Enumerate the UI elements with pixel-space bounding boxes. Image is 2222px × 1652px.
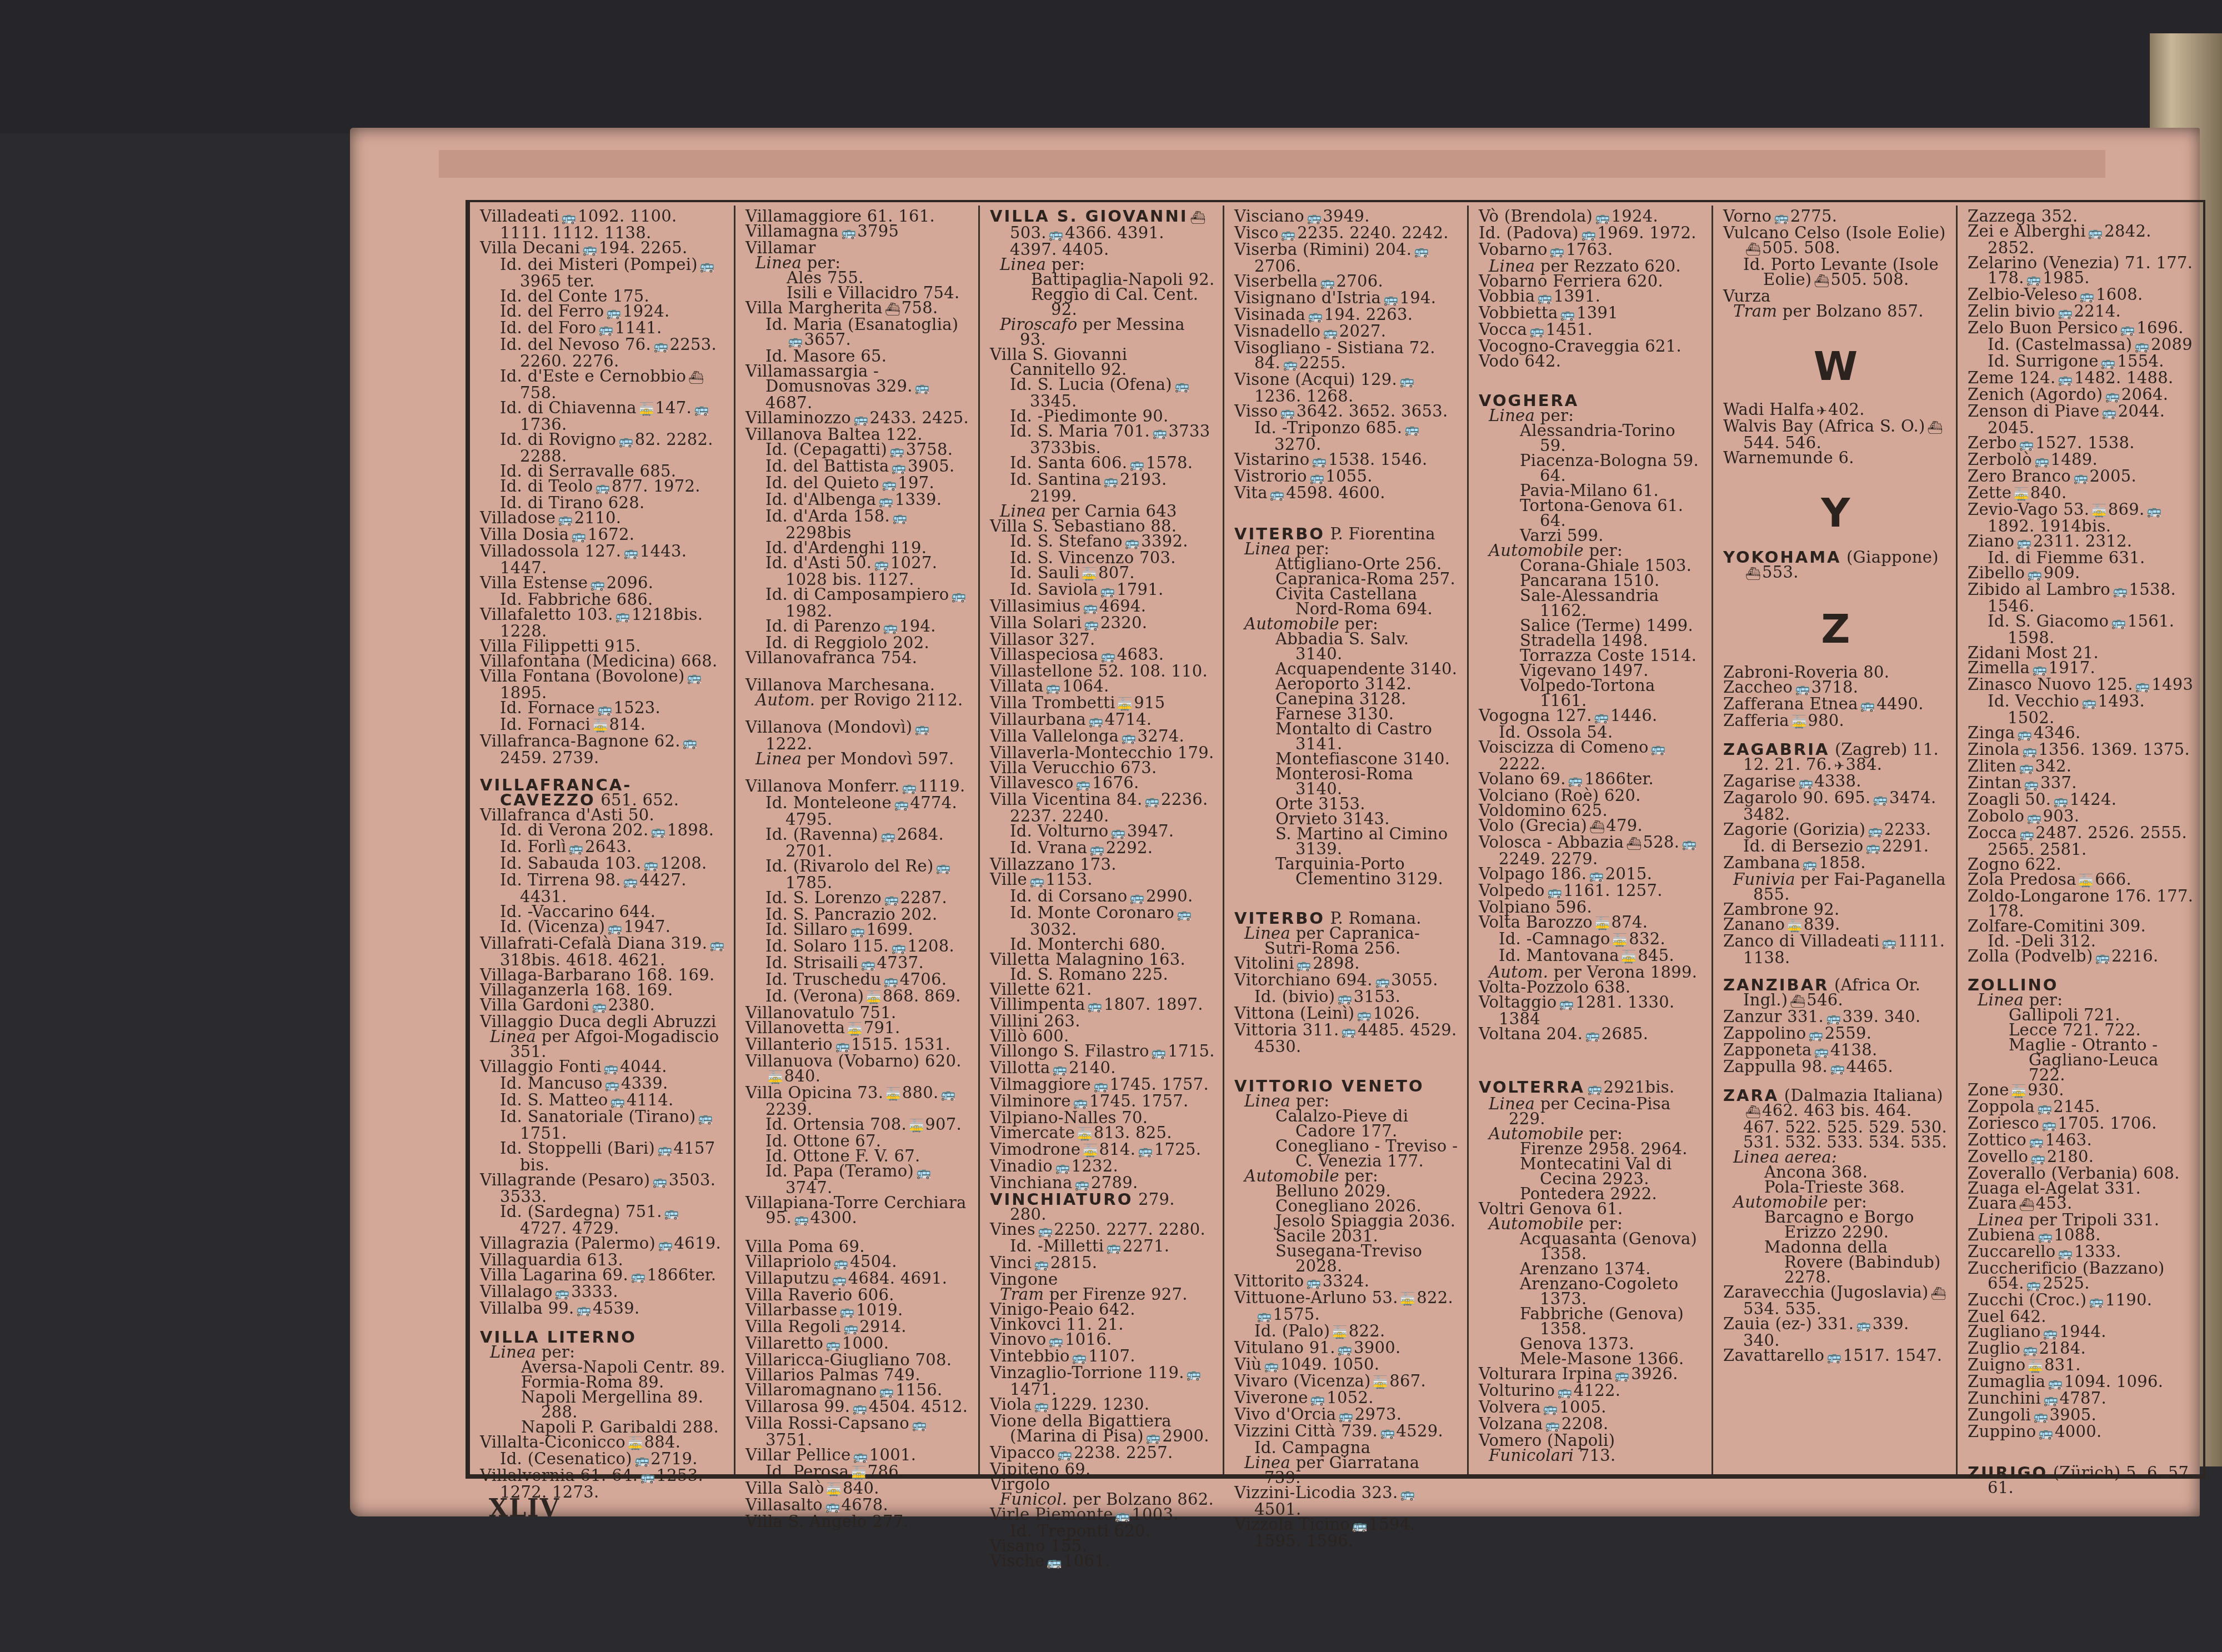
table-refs: 1489. (2050, 450, 2098, 469)
city-heading: VILLA S. GIOVANNI⛴503.🚌4366. 4391. 4397.… (990, 209, 1215, 257)
place-name: Villanovetta (745, 1018, 845, 1037)
ship-icon: ⛴ (1190, 211, 1204, 225)
place-name: Zelo Buon Persico (1968, 318, 2118, 337)
transport-line: Funicolari 713. (1479, 1448, 1704, 1463)
index-entry: Zibido al Lambro🚌1538. 1546. (1968, 582, 2194, 614)
place-name: Villalba 99. (480, 1299, 574, 1318)
index-entry: Zavattarello🚌1517. 1547. (1723, 1348, 1948, 1365)
index-entry: Zaravecchia (Jugoslavia)⛴534. 535. (1723, 1285, 1948, 1316)
tram-icon: 🚋 (827, 1483, 840, 1497)
place-name: Villaurbana (990, 710, 1086, 729)
index-column-2: Villamaggiore 61. 161.Villamagna🚌3795Vil… (735, 206, 980, 1474)
place-name: Montalto di Castro 3141. (1275, 719, 1432, 753)
index-subentry: Id. S. Giacomo🚌1561. 1598. (1968, 614, 2194, 645)
place-name: Zafferia (1723, 711, 1789, 730)
place-name: Villa S. Angelo 277. (745, 1512, 909, 1531)
place-name: Id. del Ferro (500, 302, 604, 321)
bus-icon: 🚌 (1585, 1029, 1599, 1043)
bus-icon: 🚌 (2038, 1426, 2052, 1440)
bus-icon: 🚌 (894, 798, 908, 812)
index-subentry: Id. Porto Levante (Isole Eolie)⛴505. 508… (1723, 257, 1948, 289)
place-name: Id. Forlì (500, 837, 567, 856)
table-refs: 831. (2044, 1355, 2081, 1374)
place-name: Vinci (990, 1253, 1032, 1272)
place-name: Zambana (1723, 853, 1800, 872)
bus-icon: 🚌 (577, 1303, 590, 1317)
table-refs: 4539. (593, 1299, 640, 1318)
table-refs: 4504. (850, 1252, 897, 1271)
destination-entry: Sale-Alessandria 1162. (1479, 588, 1704, 618)
place-name: Vivo d'Orcia (1234, 1405, 1336, 1424)
table-refs: 3657. (804, 330, 851, 349)
table-refs: 2015. (1605, 864, 1653, 883)
tram-icon: 🚋 (909, 1119, 923, 1133)
place-name: Volano 69. (1479, 769, 1566, 788)
index-subentry: Id. di Rovigno🚌82. 2282. 2288. (480, 432, 726, 464)
bus-icon: 🚌 (604, 1062, 618, 1075)
table-refs: 2487. 2526. 2555. 2565. 2581. (1988, 823, 2187, 859)
transport-destination: 713. (1579, 1446, 1616, 1465)
index-entry: Zocca🚌2487. 2526. 2555. 2565. 2581. (1968, 825, 2194, 857)
bus-icon: 🚌 (834, 1256, 848, 1270)
bus-icon: 🚌 (914, 722, 928, 736)
place-name: Id. Monte Coronaro (1010, 903, 1174, 922)
table-refs: 4714. (1105, 710, 1152, 729)
table-refs: 1232. (1071, 1157, 1118, 1175)
table-refs: 1676. (1092, 773, 1139, 792)
place-name: Volvera (1479, 1398, 1541, 1416)
bus-icon: 🚌 (912, 1418, 925, 1432)
place-name: Monterosi-Roma 3140. (1275, 764, 1413, 798)
city-heading: ZAGABRIA (Zagreb) 11. 12. 21. 76.✈384. (1723, 742, 1948, 774)
place-name: Zobolo (1968, 807, 2024, 825)
destination-entry: Alessandria-Torino 59. (1479, 423, 1704, 453)
table-refs: 1578. (1146, 453, 1193, 472)
index-subentry: Id. S. Lucia (Ofena)🚌3345. (990, 377, 1215, 409)
place-name: Abbadia S. Salv. 3140. (1275, 629, 1409, 663)
place-name: Ville (990, 870, 1027, 889)
table-refs: 1000. (842, 1334, 889, 1353)
index-subentry: Id. -Triponzo 685.🚌3270. (1234, 420, 1459, 452)
place-name: Villagrande (Pesaro) (480, 1170, 650, 1189)
bus-icon: 🚌 (657, 1143, 671, 1157)
place-name: Zuara (1968, 1194, 2017, 1213)
city-heading: YOKOHAMA (Giappone)⛴553. (1723, 550, 1948, 582)
table-refs: 1339. (895, 490, 942, 509)
place-name: Id. di Bersezio (1743, 837, 1863, 855)
table-refs: 845. (1638, 946, 1674, 965)
table-refs: 2145. (2053, 1097, 2100, 1116)
place-name: Zoriesco (1968, 1114, 2039, 1133)
table-refs: 2233. (1884, 820, 1931, 839)
place-name: Volpedo-Tortona 1161. (1520, 676, 1655, 710)
table-refs: 337. (2040, 773, 2077, 792)
spacer (1479, 1055, 1704, 1068)
place-name: Vittoria 311. (1234, 1020, 1339, 1039)
bus-icon: 🚌 (2029, 1135, 2043, 1149)
place-name: Villaminozzo (745, 408, 851, 427)
bus-icon: 🚌 (1873, 793, 1887, 807)
place-name: Arenzano-Cogoleto 1373. (1520, 1274, 1678, 1308)
table-refs: 402. (1828, 400, 1865, 419)
table-refs: 1699. (866, 920, 913, 939)
city-heading-name: VILLA S. GIOVANNI (990, 207, 1188, 226)
bus-icon: 🚌 (2081, 696, 2095, 710)
table-refs: 194. (899, 617, 936, 635)
place-name: Id. (Vicenza) (500, 917, 605, 936)
place-name: Villalago (480, 1282, 553, 1301)
bus-icon: 🚌 (1152, 426, 1166, 440)
table-refs: 2706. (1337, 272, 1384, 291)
destination-entry: Montalto di Castro 3141. (1234, 722, 1459, 752)
place-name: Id. Papa (Teramo) (765, 1162, 914, 1180)
table-refs: 4490. (1876, 694, 1924, 713)
place-name: Villarosa 99. (745, 1397, 850, 1416)
table-refs: 1517. 1547. (1843, 1346, 1943, 1365)
city-heading-suffix: (Giappone) (1846, 548, 1939, 567)
table-refs: 1608. (2096, 285, 2143, 304)
table-refs: 3642. 3652. 3653. (1297, 402, 1448, 420)
place-name: Vistrorio (1234, 467, 1307, 485)
bus-icon: 🚌 (840, 1305, 854, 1319)
spacer (1234, 1054, 1459, 1067)
bus-icon: 🚌 (687, 671, 701, 685)
bus-icon: 🚌 (1177, 908, 1190, 922)
place-name: Villanterio (745, 1035, 833, 1054)
table-refs: 791. (864, 1018, 900, 1037)
spacer (1234, 502, 1459, 514)
place-name: Barcagno e Borgo Erizzo 2290. (1764, 1208, 1914, 1241)
place-name: Villafranca-Bagnone 62. (480, 732, 680, 750)
place-name: Volturino (1479, 1381, 1555, 1400)
place-name: Vodo 642. (1479, 352, 1561, 371)
bus-icon: 🚌 (1830, 1062, 1844, 1075)
tram-icon: 🚋 (639, 403, 653, 417)
bus-icon: 🚌 (630, 1270, 644, 1284)
place-name: Vizzini Città 739. (1234, 1421, 1378, 1440)
bus-icon: 🚌 (880, 829, 894, 843)
destination-entry: Acquasanta (Genova) 1358. (1479, 1232, 1704, 1261)
index-entry: Vizzini-Licodia 323.🚌4501. (1234, 1485, 1459, 1517)
table-refs: 1016. (1065, 1330, 1112, 1349)
bus-icon: 🚌 (952, 589, 965, 603)
place-name: Zuigno (1968, 1355, 2026, 1374)
table-refs: 3153. (1354, 987, 1401, 1006)
table-refs: 1715. (1168, 1042, 1215, 1060)
table-refs: 2250. 2277. 2280. (1054, 1220, 1205, 1239)
index-column-3: VILLA S. GIOVANNI⛴503.🚌4366. 4391. 4397.… (980, 206, 1224, 1474)
place-name: Zelbio-Veleso (1968, 285, 2078, 304)
place-name: Zungoli (1968, 1405, 2031, 1424)
bus-icon: 🚌 (2111, 616, 2125, 630)
place-name: Id. Mancuso (500, 1074, 603, 1093)
place-name: Conegliano - Treviso - C. Venezia 177. (1275, 1137, 1458, 1170)
place-name: Zocca (1968, 823, 2017, 842)
place-name: Id. di Verona 202. (500, 820, 648, 839)
place-name: Vitorchiano 694. (1234, 970, 1373, 989)
table-refs: 2064. (2121, 385, 2169, 404)
index-entry: Zafferia🚋980. (1723, 713, 1948, 730)
place-name: Id. (Verona) (765, 987, 864, 1005)
table-refs: 884. (644, 1433, 680, 1451)
index-entry: Zauia (ez-) 331.🚌339. 340. (1723, 1316, 1948, 1348)
place-name: Id. (Castelmassa) (1988, 335, 2132, 354)
place-name: Villaromagnano (745, 1380, 877, 1399)
place-name: Visone (Acqui) 129. (1234, 370, 1397, 389)
place-name: Vitolini (1234, 954, 1294, 973)
table-refs: 1049. 1050. (1280, 1355, 1380, 1374)
place-name: Viola (990, 1395, 1032, 1414)
place-name: Zafferana Etnea (1723, 694, 1858, 713)
index-entry: Villa Opicina 73.🚋880.🚌2239. (745, 1085, 970, 1117)
place-name: Villanovafranca 754. (745, 648, 917, 667)
table-refs: 807. (1098, 563, 1135, 582)
place-name: Zottico (1968, 1130, 2026, 1149)
table-refs: 813. 825. (1094, 1123, 1172, 1142)
place-name: Zagorie (Gorizia) (1723, 820, 1865, 839)
table-refs: 2096. (607, 573, 654, 592)
place-name: Id. Sanatoriale (Tirano) (500, 1107, 696, 1126)
table-refs: 1003. (1132, 1505, 1179, 1524)
table-refs: 2775. (1790, 207, 1838, 226)
transport-destination: per Afgoi-Mogadiscio 351. (510, 1027, 719, 1061)
place-name: Zola Predosa (1968, 870, 2076, 889)
place-name: Vistarino (1234, 450, 1310, 469)
table-refs: 814. (609, 715, 646, 734)
table-refs: 1745. 1757. (1089, 1092, 1189, 1110)
table-refs: 2027. (1339, 322, 1387, 341)
place-name: Id. di Camposampiero (765, 585, 949, 604)
tram-icon: 🚋 (1400, 1293, 1414, 1306)
table-refs: 528. (1643, 833, 1679, 852)
table-refs: 2291. (1882, 837, 1929, 855)
table-refs: 2255. (1299, 353, 1346, 372)
table-refs: 1527. 1538. (2035, 433, 2135, 452)
bus-icon: 🚌 (882, 478, 895, 492)
place-name: Vione della Bigattiera (Marina di Pisa) (990, 1411, 1172, 1445)
table-refs: 4138. (1830, 1040, 1878, 1059)
index-entry: Walvis Bay (Africa S. O.)⛴544. 546. (1723, 419, 1948, 450)
bus-icon: 🚌 (2095, 951, 2109, 965)
table-refs: 2235. 2240. 2242. (1297, 223, 1449, 242)
bus-icon: 🚌 (853, 1450, 867, 1464)
place-name: Id. (Cepagatti) (765, 440, 887, 459)
table-refs: 2180. (2047, 1147, 2094, 1166)
index-entry: Voiscizza di Comeno🚌2222. (1479, 740, 1704, 772)
place-name: Voiscizza di Comeno (1479, 738, 1649, 757)
destination-entry: Fabbriche (Genova) 1358. (1479, 1306, 1704, 1336)
place-name: Villa Dosia (480, 525, 569, 544)
table-refs: 1094. 1096. (2064, 1372, 2164, 1391)
table-refs: 869. (2108, 500, 2145, 519)
place-name: Zuppino (1968, 1422, 2036, 1441)
place-name: Vilminore (990, 1092, 1071, 1110)
index-column-7: Zazzega 352.Zei e Alberghi🚌2842. 2852.Ze… (1958, 206, 2202, 1474)
place-name: Vobbia (1479, 287, 1535, 306)
place-name: Id. Fornace (500, 698, 595, 717)
place-name: Id. Santa 606. (1010, 453, 1127, 472)
table-refs: 3947. (1127, 822, 1174, 840)
place-name: Zenson di Piave (1968, 402, 2099, 420)
place-name: Id. (Rivarolo del Re) (765, 857, 934, 875)
bus-icon: 🚌 (1559, 997, 1573, 1011)
transport-line: Linea per Giarratana 739. (1234, 1455, 1459, 1485)
place-name: Id. d'Este e Cernobbio (500, 367, 686, 386)
table-refs: 194. 2265. (599, 238, 688, 257)
place-name: Id. (Cesenatico) (500, 1449, 632, 1468)
bus-icon: 🚌 (1414, 244, 1428, 258)
bus-icon: 🚌 (700, 259, 714, 273)
transport-mode-label: Funicolari (1489, 1446, 1574, 1465)
index-entry: Vita🚌4598. 4600. (1234, 485, 1459, 502)
destination-entry: Arenzano-Cogoleto 1373. (1479, 1276, 1704, 1306)
destination-entry: Tarquinia-Porto Clementino 3129. (1234, 857, 1459, 887)
bus-icon: 🚌 (2101, 406, 2115, 420)
index-entry: Villanova (Mondovì)🚌1222. (745, 720, 970, 752)
index-entry: Zagarolo 90. 695.🚌3474. 3482. (1723, 790, 1948, 822)
table-refs: 930. (2028, 1080, 2064, 1099)
table-refs: 1807. 1897. (1104, 995, 1203, 1014)
place-name: Susegana-Treviso 2028. (1275, 1241, 1422, 1275)
place-name: Zinga (1968, 723, 2015, 742)
place-name: Id. Sauli (1010, 563, 1080, 582)
table-refs: 832. (1629, 929, 1665, 948)
place-name: Villadeati (480, 207, 559, 226)
index-entry: Villadossola 127.🚌1443. 1447. (480, 544, 726, 575)
transport-line: Funivia per Fai-Paganella 855. (1723, 872, 1948, 902)
table-refs: 1229. 1230. (1050, 1395, 1150, 1414)
table-refs: 2287. (900, 888, 948, 907)
place-name: Vintebbio (990, 1346, 1070, 1365)
table-refs: 1523. (613, 698, 660, 717)
table-refs: 2815. (1050, 1253, 1098, 1272)
place-name: Vobbietta (1479, 303, 1558, 322)
bus-icon: 🚌 (1681, 837, 1695, 851)
table-refs: 505. 508. (1830, 270, 1909, 289)
place-name: Visinada (1234, 305, 1305, 324)
place-name: Zei e Alberghi (1968, 222, 2086, 241)
index-entry: Zenson di Piave🚌2044. 2045. (1968, 404, 2194, 435)
place-name: Zeme 124. (1968, 368, 2055, 387)
place-name: Zibido al Lambro (1968, 580, 2110, 599)
table-refs: 4044. (620, 1057, 667, 1076)
place-name: Id. Vecchio (1988, 692, 2079, 710)
index-subentry: Id. di Camposampiero🚌1982. (745, 587, 970, 619)
place-name: Vines (990, 1220, 1035, 1239)
city-heading-name: VOLTERRA (1479, 1078, 1585, 1097)
place-name: Viverone (1234, 1388, 1308, 1407)
place-name: Id. Saviola (1010, 580, 1098, 599)
spacer (1234, 887, 1459, 899)
place-name: Volpago 186. (1479, 864, 1587, 883)
table-refs: 2271. (1123, 1237, 1170, 1255)
place-name: Villadose (480, 508, 555, 527)
place-name: Villa Decani (480, 238, 580, 257)
place-name: Id. dei Misteri (Pompei) (500, 255, 698, 274)
place-name: Zerbolò (1968, 450, 2032, 469)
table-refs: 4338. (1814, 772, 1861, 790)
place-name: Villa Estense (480, 573, 588, 592)
table-refs: 1725. (1154, 1140, 1202, 1159)
table-refs: 1446. (1610, 706, 1658, 725)
bus-icon: 🚌 (615, 609, 629, 623)
table-refs: 2990. (1146, 887, 1193, 905)
index-entry: Zuccherificio (Bazzano) 654.🚌2525. (1968, 1261, 2194, 1293)
place-name: Vittorito (1234, 1271, 1304, 1290)
index-subentry: Id. Vecchio🚌1493. 1502. (1968, 694, 2194, 725)
table-refs: 758. (902, 298, 938, 317)
index-entry: Volosca - Abbazia⛴528.🚌2249. 2279. (1479, 835, 1704, 867)
place-name: Zovello (1968, 1147, 2028, 1166)
place-name: Vipacco (990, 1443, 1055, 1462)
place-name: Id. d'Arda 158. (765, 507, 890, 525)
city-heading: ZARA (Dalmazia Italiana)⛴462. 463 bis. 4… (1723, 1088, 1948, 1150)
place-name: Calalzo-Pieve di Cadore 177. (1275, 1107, 1408, 1140)
table-refs: 1055. (1325, 467, 1373, 485)
place-name: Zanco di Villadeati (1723, 932, 1879, 950)
table-refs: 4504. 4512. (869, 1397, 968, 1416)
bus-icon: 🚌 (1312, 454, 1326, 468)
table-refs: 1026. (1373, 1004, 1420, 1023)
place-name: Id. Vrana (1010, 838, 1087, 857)
index-frame: Villadeati🚌1092. 1100. 1111. 1112. 1138.… (466, 200, 2205, 1479)
table-refs: 1969. 1972. (1597, 223, 1696, 242)
table-refs: 1019. (856, 1300, 903, 1319)
table-refs: 2005. (2089, 467, 2136, 485)
table-refs: 1763. (1566, 240, 1613, 259)
index-subentry: Id. Papa (Teramo)🚌3747. (745, 1164, 970, 1195)
bus-icon: 🚌 (915, 381, 929, 395)
table-refs: 4114. (627, 1090, 674, 1109)
bus-icon: 🚌 (1651, 742, 1665, 756)
place-name: Acquasanta (Genova) 1358. (1520, 1229, 1697, 1263)
index-entry: Villanuova (Vobarno) 620.🚋840. (745, 1054, 970, 1085)
table-refs: 3926. (1631, 1364, 1678, 1383)
place-name: Id. S. Maria 701. (1010, 422, 1150, 440)
place-name: S. Martino al Cimino 3139. (1275, 824, 1448, 858)
place-name: Zinasco Nuovo 125. (1968, 675, 2133, 694)
place-name: Id. Perosa (765, 1462, 849, 1481)
table-refs: 2380. (608, 995, 655, 1014)
place-name: Id. Volturno (1010, 822, 1108, 840)
destination-entry: Maglie - Otranto - Gagliano-Leuca 722. (1968, 1038, 2194, 1083)
place-name: Villaretto (745, 1334, 823, 1353)
place-name: Vizzini-Licodia 323. (1234, 1483, 1398, 1502)
bus-icon: 🚌 (889, 444, 903, 458)
place-name: Villa Trombetti (990, 693, 1115, 712)
place-name: Id. Truschedu (765, 970, 881, 989)
tram-icon: 🚋 (1791, 715, 1805, 729)
table-refs: 2719. (650, 1449, 698, 1468)
table-refs: 1141. (615, 318, 662, 337)
transport-line: Tram per Bolzano 857. (1723, 304, 1948, 319)
place-name: Zumaglia (1968, 1372, 2045, 1391)
place-name: Id. Sillaro (765, 920, 848, 939)
spacer (1968, 1441, 2194, 1453)
index-entry: Visone (Acqui) 129.🚌1236. 1268. (1234, 372, 1459, 404)
place-name: Villongo S. Filastro (990, 1042, 1149, 1060)
index-column-5: Vò (Brendola)🚌1924.Id. (Padova)🚌1969. 19… (1469, 206, 1713, 1474)
table-refs: 342. (2035, 757, 2071, 775)
place-name: Id. di Corsano (1010, 887, 1128, 905)
destination-entry: Calalzo-Pieve di Cadore 177. (1234, 1109, 1459, 1139)
place-name: Volta Barozzo (1479, 913, 1593, 932)
place-name: Id. Tirrena 98. (500, 870, 621, 889)
place-name: Zuccarello (1968, 1242, 2056, 1261)
index-subentry: Id. del Nevoso 76.🚌2253. 2260. 2276. (480, 337, 726, 369)
ship-icon: ⛴ (1626, 837, 1640, 851)
index-entry: Villafranca-Bagnone 62.🚌2459. 2739. (480, 734, 726, 765)
